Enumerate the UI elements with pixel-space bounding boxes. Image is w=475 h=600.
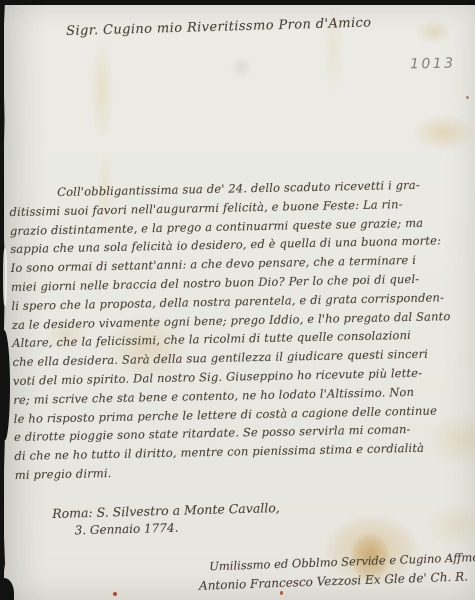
paper-speck: [280, 591, 283, 595]
letter-place-date: Roma: S. Silvestro a Monte Cavallo, 3. G…: [52, 500, 280, 538]
letter-body: Coll'obbligantissima sua de' 24. dello s…: [9, 174, 475, 484]
scanned-letter-page: { "colors": { "paper": "#eae8e1", "ink":…: [0, 0, 475, 600]
paper-tear-highlight: [3, 248, 7, 306]
scan-border-top: [0, 0, 475, 5]
archival-number: 1013: [410, 56, 456, 73]
paper-speck: [113, 592, 117, 596]
paper-speck: [466, 96, 469, 99]
